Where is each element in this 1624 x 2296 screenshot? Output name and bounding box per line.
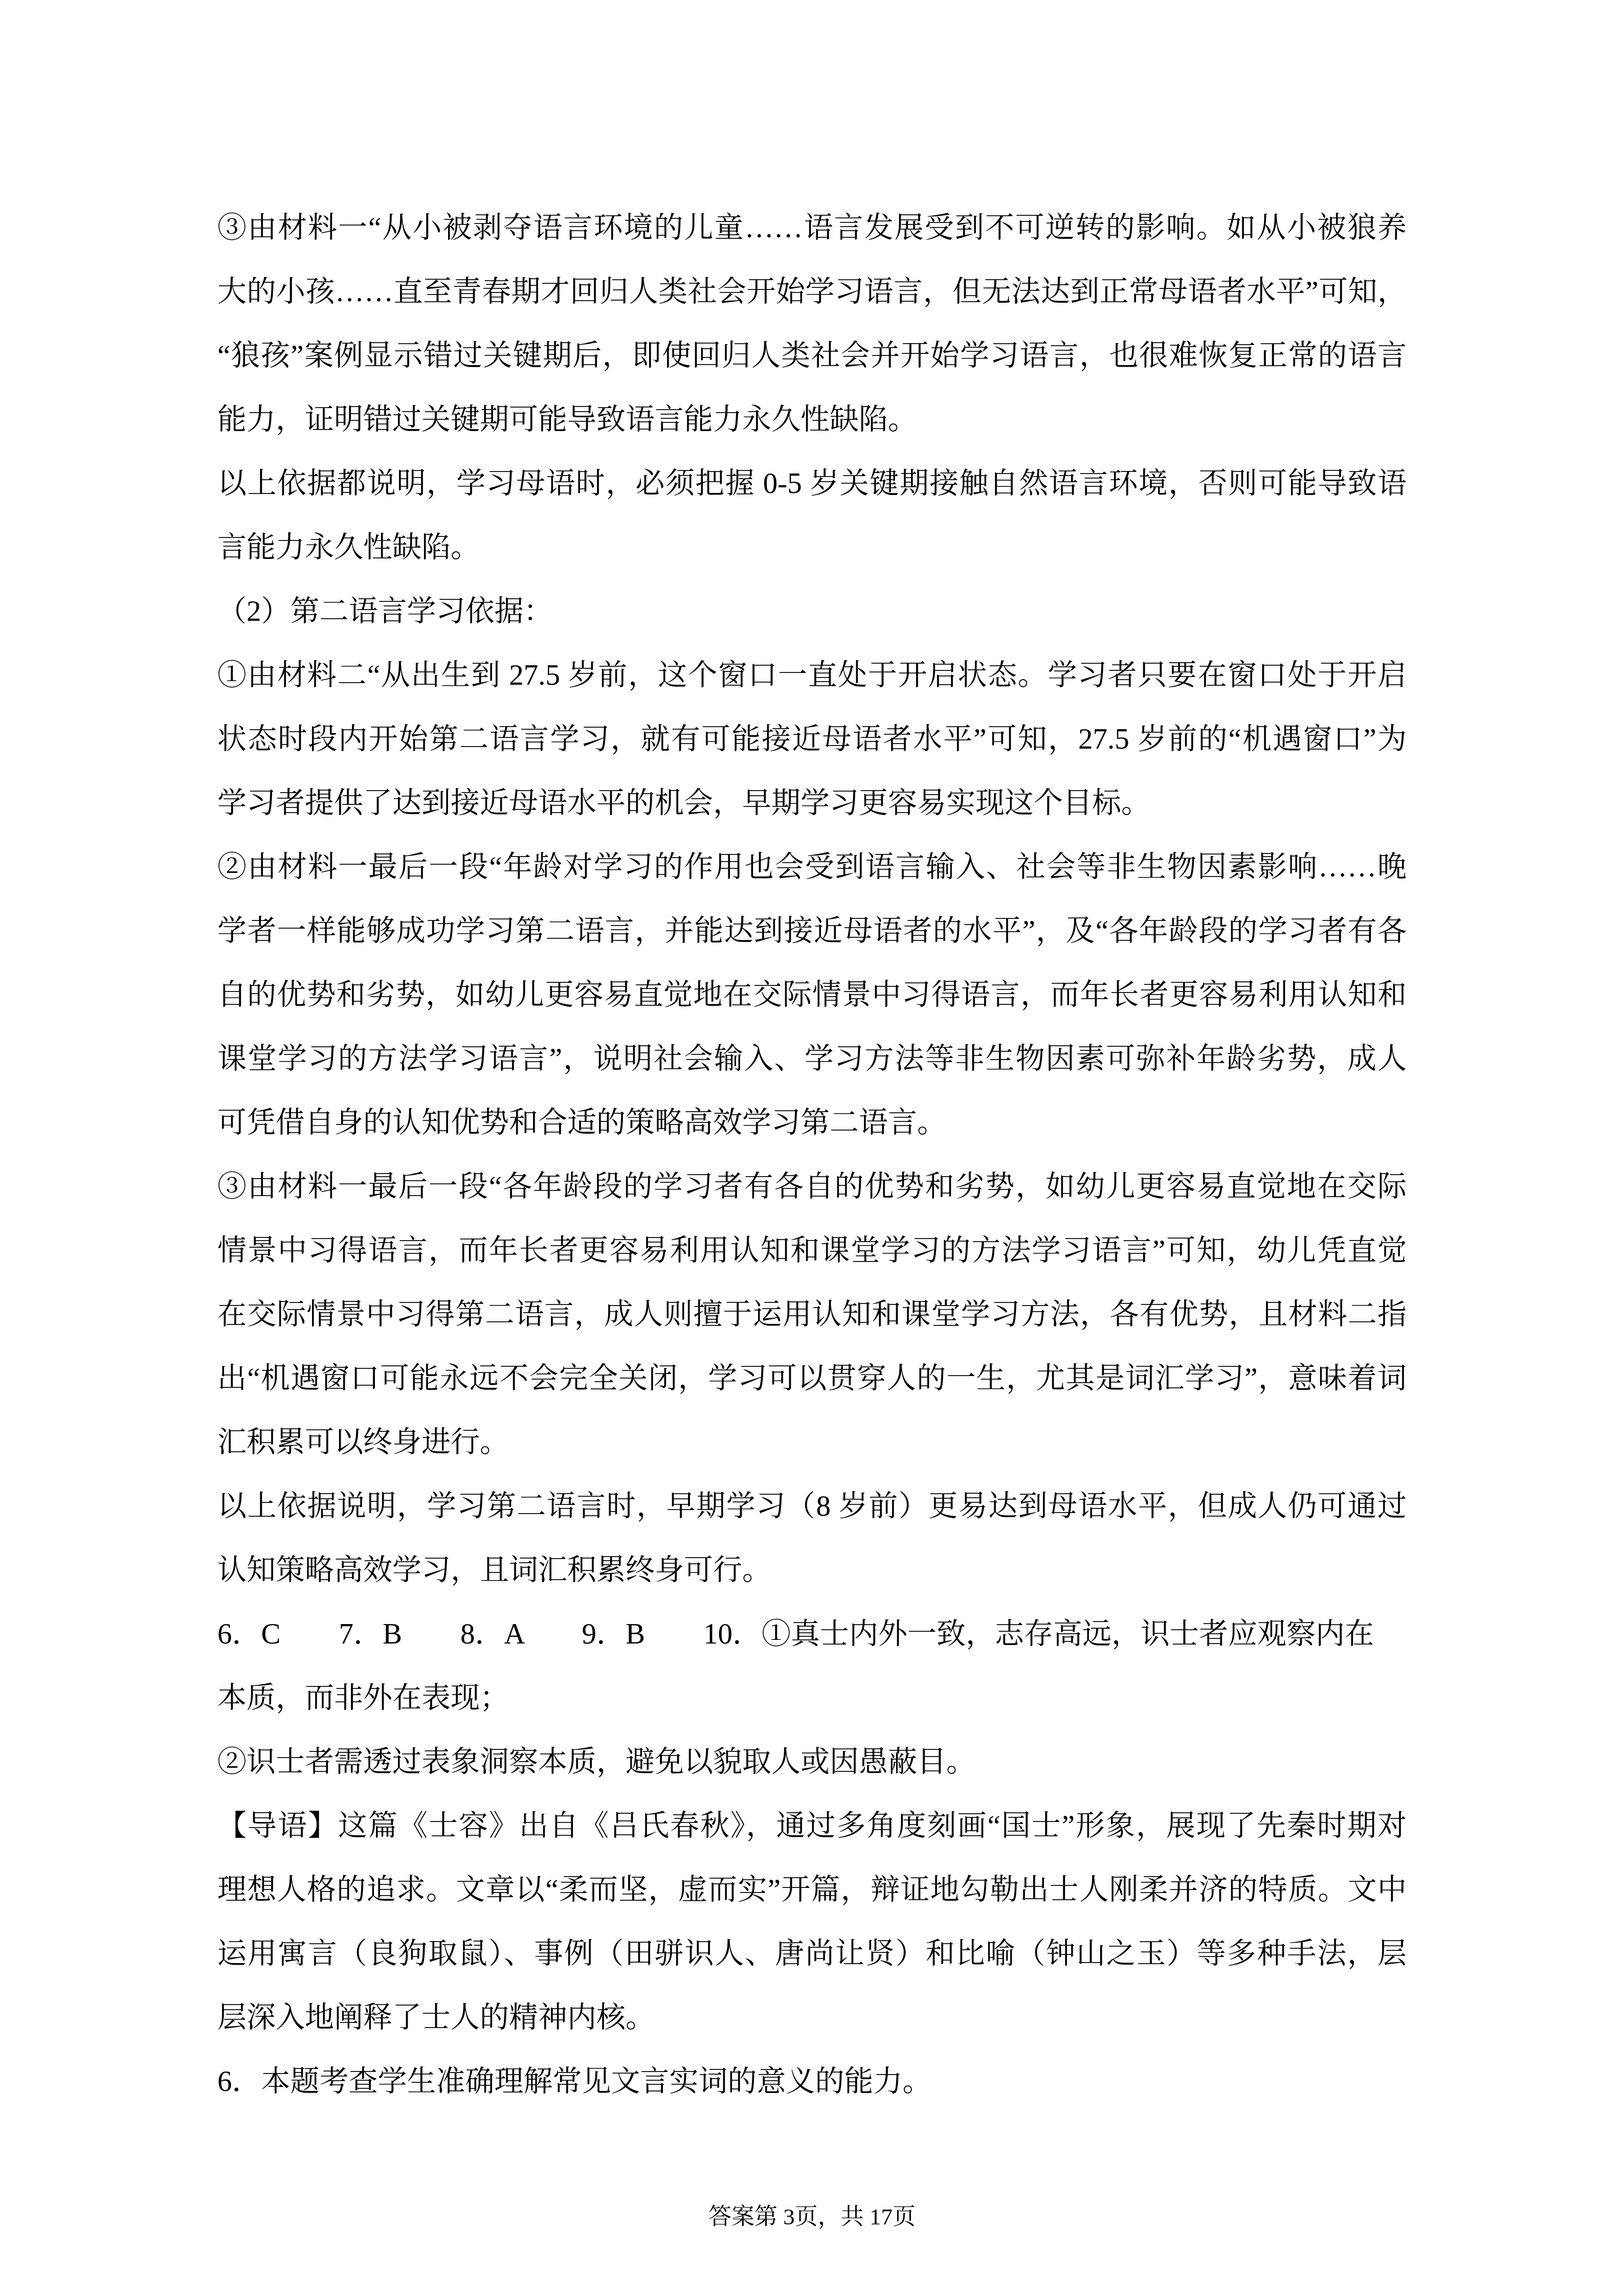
text-line: ①由材料二“从出生到 27.5 岁前，这个窗口一直处于开启状态。学习者只要在窗口… [217,643,1407,707]
text-line: “狼孩”案例显示错过关键期后，即使回归人类社会并开始学习语言，也很难恢复正常的语… [217,324,1407,388]
text-line: 言能力永久性缺陷。 [217,515,1407,579]
text-line: 能力，证明错过关键期可能导致语言能力永久性缺陷。 [217,388,1407,452]
text-line: 学习者提供了达到接近母语水平的机会，早期学习更容易实现这个目标。 [217,771,1407,835]
page-footer: 答案第 3页，共 17页 [0,2199,1624,2235]
text-line: 状态时段内开始第二语言学习，就有可能接近母语者水平”可知，27.5 岁前的“机遇… [217,707,1407,771]
text-line: （2）第二语言学习依据： [217,579,1407,643]
text-line: 理想人格的追求。文章以“柔而坚，虚而实”开篇，辩证地勾勒出士人刚柔并济的特质。文… [217,1858,1407,1922]
text-line: 出“机遇窗口可能永远不会完全关闭，学习可以贯穿人的一生，尤其是词汇学习”，意味着… [217,1346,1407,1410]
text-line: 大的小孩……直至青春期才回归人类社会开始学习语言，但无法达到正常母语者水平”可知… [217,260,1407,324]
text-line: 本质，而非外在表现； [217,1666,1407,1730]
text-line: 以上依据都说明，学习母语时，必须把握 0-5 岁关键期接触自然语言环境，否则可能… [217,452,1407,515]
text-line: 以上依据说明，学习第二语言时，早期学习（8 岁前）更易达到母语水平，但成人仍可通… [217,1474,1407,1538]
text-line: ②由材料一最后一段“年龄对学习的作用也会受到语言输入、社会等非生物因素影响……晚 [217,835,1407,899]
text-line: 课堂学习的方法学习语言”，说明社会输入、学习方法等非生物因素可弥补年龄劣势，成人 [217,1027,1407,1091]
answer-key-line: 6．C 7．B 8．A 9．B 10．①真士内外一致，志存高远，识士者应观察内在 [217,1602,1407,1666]
text-line: 认知策略高效学习，且词汇积累终身可行。 [217,1538,1407,1602]
text-line: 情景中习得语言，而年长者更容易利用认知和课堂学习的方法学习语言”可知，幼儿凭直觉 [217,1219,1407,1282]
text-line: 汇积累可以终身进行。 [217,1410,1407,1474]
text-line: 可凭借自身的认知优势和合适的策略高效学习第二语言。 [217,1091,1407,1155]
text-line: ③由材料一“从小被剥夺语言环境的儿童……语言发展受到不可逆转的影响。如从小被狼养 [217,196,1407,260]
text-line: 在交际情景中习得第二语言，成人则擅于运用认知和课堂学习方法，各有优势，且材料二指 [217,1282,1407,1346]
document-page: ③由材料一“从小被剥夺语言环境的儿童……语言发展受到不可逆转的影响。如从小被狼养… [0,0,1624,2296]
text-line: 6．本题考查学生准确理解常见文言实词的意义的能力。 [217,2050,1407,2113]
text-line: 学者一样能够成功学习第二语言，并能达到接近母语者的水平”，及“各年龄段的学习者有… [217,899,1407,963]
text-line: ②识士者需透过表象洞察本质，避免以貌取人或因愚蔽目。 [217,1730,1407,1794]
text-line: 自的优势和劣势，如幼儿更容易直觉地在交际情景中习得语言，而年长者更容易利用认知和 [217,963,1407,1027]
text-line: 运用寓言（良狗取鼠）、事例（田骈识人、唐尚让贤）和比喻（钟山之玉）等多种手法，层 [217,1922,1407,1986]
text-line: ③由材料一最后一段“各年龄段的学习者有各自的优势和劣势，如幼儿更容易直觉地在交际 [217,1155,1407,1219]
answer-text-block: ③由材料一“从小被剥夺语言环境的儿童……语言发展受到不可逆转的影响。如从小被狼养… [217,196,1407,2113]
text-line: 【导语】这篇《士容》出自《吕氏春秋》，通过多角度刻画“国士”形象，展现了先秦时期… [217,1794,1407,1858]
text-line: 层深入地阐释了士人的精神内核。 [217,1986,1407,2050]
